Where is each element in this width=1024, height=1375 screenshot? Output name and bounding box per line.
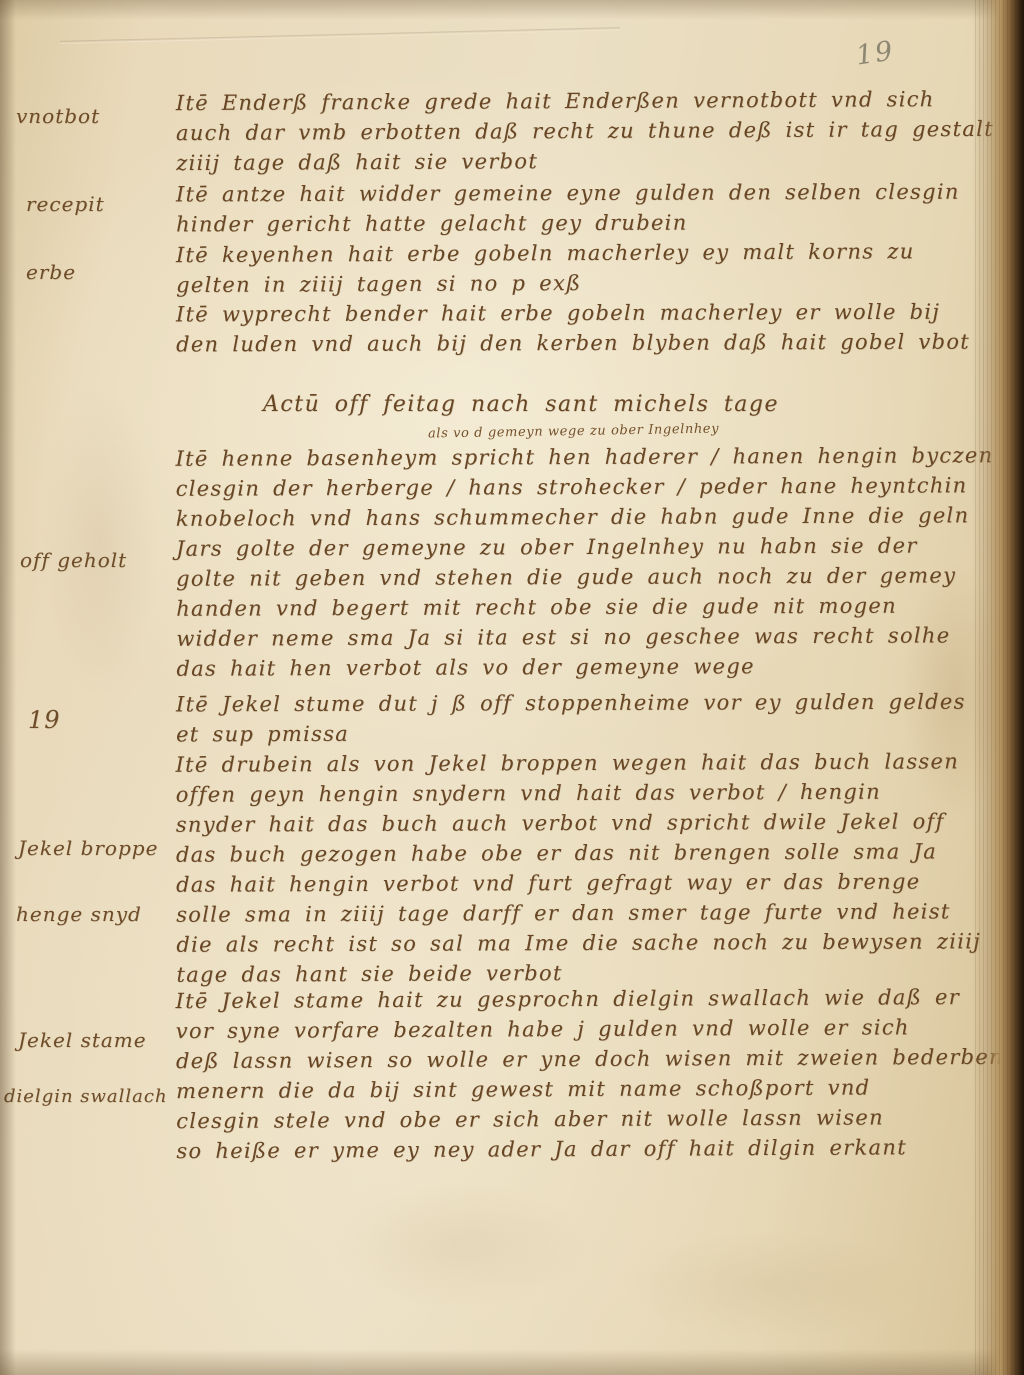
text-line: offen geyn hengin snydern vnd hait das v… bbox=[176, 776, 988, 810]
paper-stain bbox=[330, 1180, 590, 1310]
text-line: snyder hait das buch auch verbot vnd spr… bbox=[176, 806, 988, 840]
text-line: Jars golte der gemeyne zu ober Ingelnhey… bbox=[176, 530, 988, 564]
text-line: Itē wyprecht bender hait erbe gobeln mac… bbox=[176, 297, 988, 330]
text-line: das hait hengin verbot vnd furt gefragt … bbox=[176, 866, 988, 900]
text-line: Itē Enderß francke grede hait Enderßen v… bbox=[176, 84, 988, 118]
text-line: golte nit geben vnd stehen die gude auch… bbox=[176, 560, 988, 594]
text-line: widder neme sma Ja si ita est si no gesc… bbox=[176, 620, 988, 654]
text-line: Itē Jekel stume dut j ß off stoppenheime… bbox=[176, 687, 988, 720]
text-line: auch dar vmb erbotten daß recht zu thune… bbox=[176, 114, 988, 148]
text-line: clesgin der herberge / hans strohecker /… bbox=[176, 470, 988, 504]
text-line: den luden vnd auch bij den kerben blyben… bbox=[176, 327, 988, 360]
text-line: die als recht ist so sal ma Ime die sach… bbox=[176, 926, 988, 960]
text-line: clesgin stele vnd obe er sich aber nit w… bbox=[176, 1102, 988, 1136]
margin-note-jekel-broppe: Jekel broppe bbox=[18, 836, 158, 860]
text-line: et sup pmissa bbox=[176, 717, 988, 750]
text-line: hinder gericht hatte gelacht gey drubein bbox=[176, 207, 988, 240]
text-line: menern die da bij sint gewest mit name s… bbox=[176, 1072, 988, 1106]
page-edge-bottom bbox=[0, 1349, 1024, 1375]
margin-note-dielgin-swallach: dielgin swallach bbox=[4, 1086, 168, 1107]
manuscript-page: 19 vnotbot recepit erbe off geholt 19 Je… bbox=[0, 0, 1024, 1375]
page-edge-left bbox=[0, 0, 16, 1375]
text-line: das hait hen verbot als vo der gemeyne w… bbox=[176, 650, 988, 684]
margin-note-recepit: recepit bbox=[26, 192, 105, 216]
margin-note-19: 19 bbox=[28, 706, 61, 734]
text-line: das buch gezogen habe obe er das nit bre… bbox=[176, 836, 988, 870]
paragraph-6: Itē Jekel stume dut j ß off stoppenheime… bbox=[176, 687, 988, 750]
margin-note-off-geholt: off geholt bbox=[20, 548, 127, 572]
text-line: vor syne vorfare bezalten habe j gulden … bbox=[176, 1012, 988, 1046]
page-edge-top bbox=[0, 0, 1024, 20]
section-heading: Actū off feitag nach sant michels tage bbox=[176, 392, 866, 417]
folio-number: 19 bbox=[854, 35, 896, 71]
paragraph-5: Itē henne basenheym spricht hen haderer … bbox=[175, 440, 988, 684]
text-line: knobeloch vnd hans schummecher die habn … bbox=[176, 500, 988, 534]
paragraph-4: Itē wyprecht bender hait erbe gobeln mac… bbox=[176, 297, 988, 360]
text-line: Itē drubein als von Jekel broppen wegen … bbox=[175, 746, 987, 780]
paragraph-7: Itē drubein als von Jekel broppen wegen … bbox=[175, 746, 988, 990]
margin-note-jekel-stame: Jekel stame bbox=[18, 1028, 147, 1052]
paragraph-1: Itē Enderß francke grede hait Enderßen v… bbox=[176, 84, 988, 178]
text-line: Itē keyenhen hait erbe gobeln macherley … bbox=[176, 236, 988, 270]
paragraph-3: Itē keyenhen hait erbe gobeln macherley … bbox=[176, 236, 988, 300]
text-line: Itē Jekel stame hait zu gesprochn dielgi… bbox=[176, 982, 988, 1016]
text-line: Itē antze hait widder gemeine eyne gulde… bbox=[176, 177, 988, 210]
interlinear-addition: als vo d gemeyn wege zu ober Ingelnhey bbox=[428, 421, 719, 441]
text-line: deß lassn wisen so wolle er yne doch wis… bbox=[176, 1042, 988, 1076]
text-line: gelten in ziiij tagen si no p exß bbox=[176, 266, 988, 300]
text-line: so heiße er yme ey ney ader Ja dar off h… bbox=[176, 1132, 988, 1166]
paper-stain bbox=[40, 380, 160, 700]
paragraph-8: Itē Jekel stame hait zu gesprochn dielgi… bbox=[176, 982, 989, 1166]
margin-note-vnotbot: vnotbot bbox=[16, 104, 100, 128]
paragraph-2: Itē antze hait widder gemeine eyne gulde… bbox=[176, 177, 988, 240]
paper-stain bbox=[620, 1230, 920, 1340]
text-line: Itē henne basenheym spricht hen haderer … bbox=[175, 440, 987, 474]
text-line: ziiij tage daß hait sie verbot bbox=[176, 144, 988, 178]
text-line: solle sma in ziiij tage darff er dan sme… bbox=[176, 896, 988, 930]
text-line: handen vnd begert mit recht obe sie die … bbox=[176, 590, 988, 624]
margin-note-erbe: erbe bbox=[26, 260, 76, 284]
margin-note-henge-snyd: henge snyd bbox=[16, 902, 142, 926]
paper-crease bbox=[60, 27, 620, 44]
